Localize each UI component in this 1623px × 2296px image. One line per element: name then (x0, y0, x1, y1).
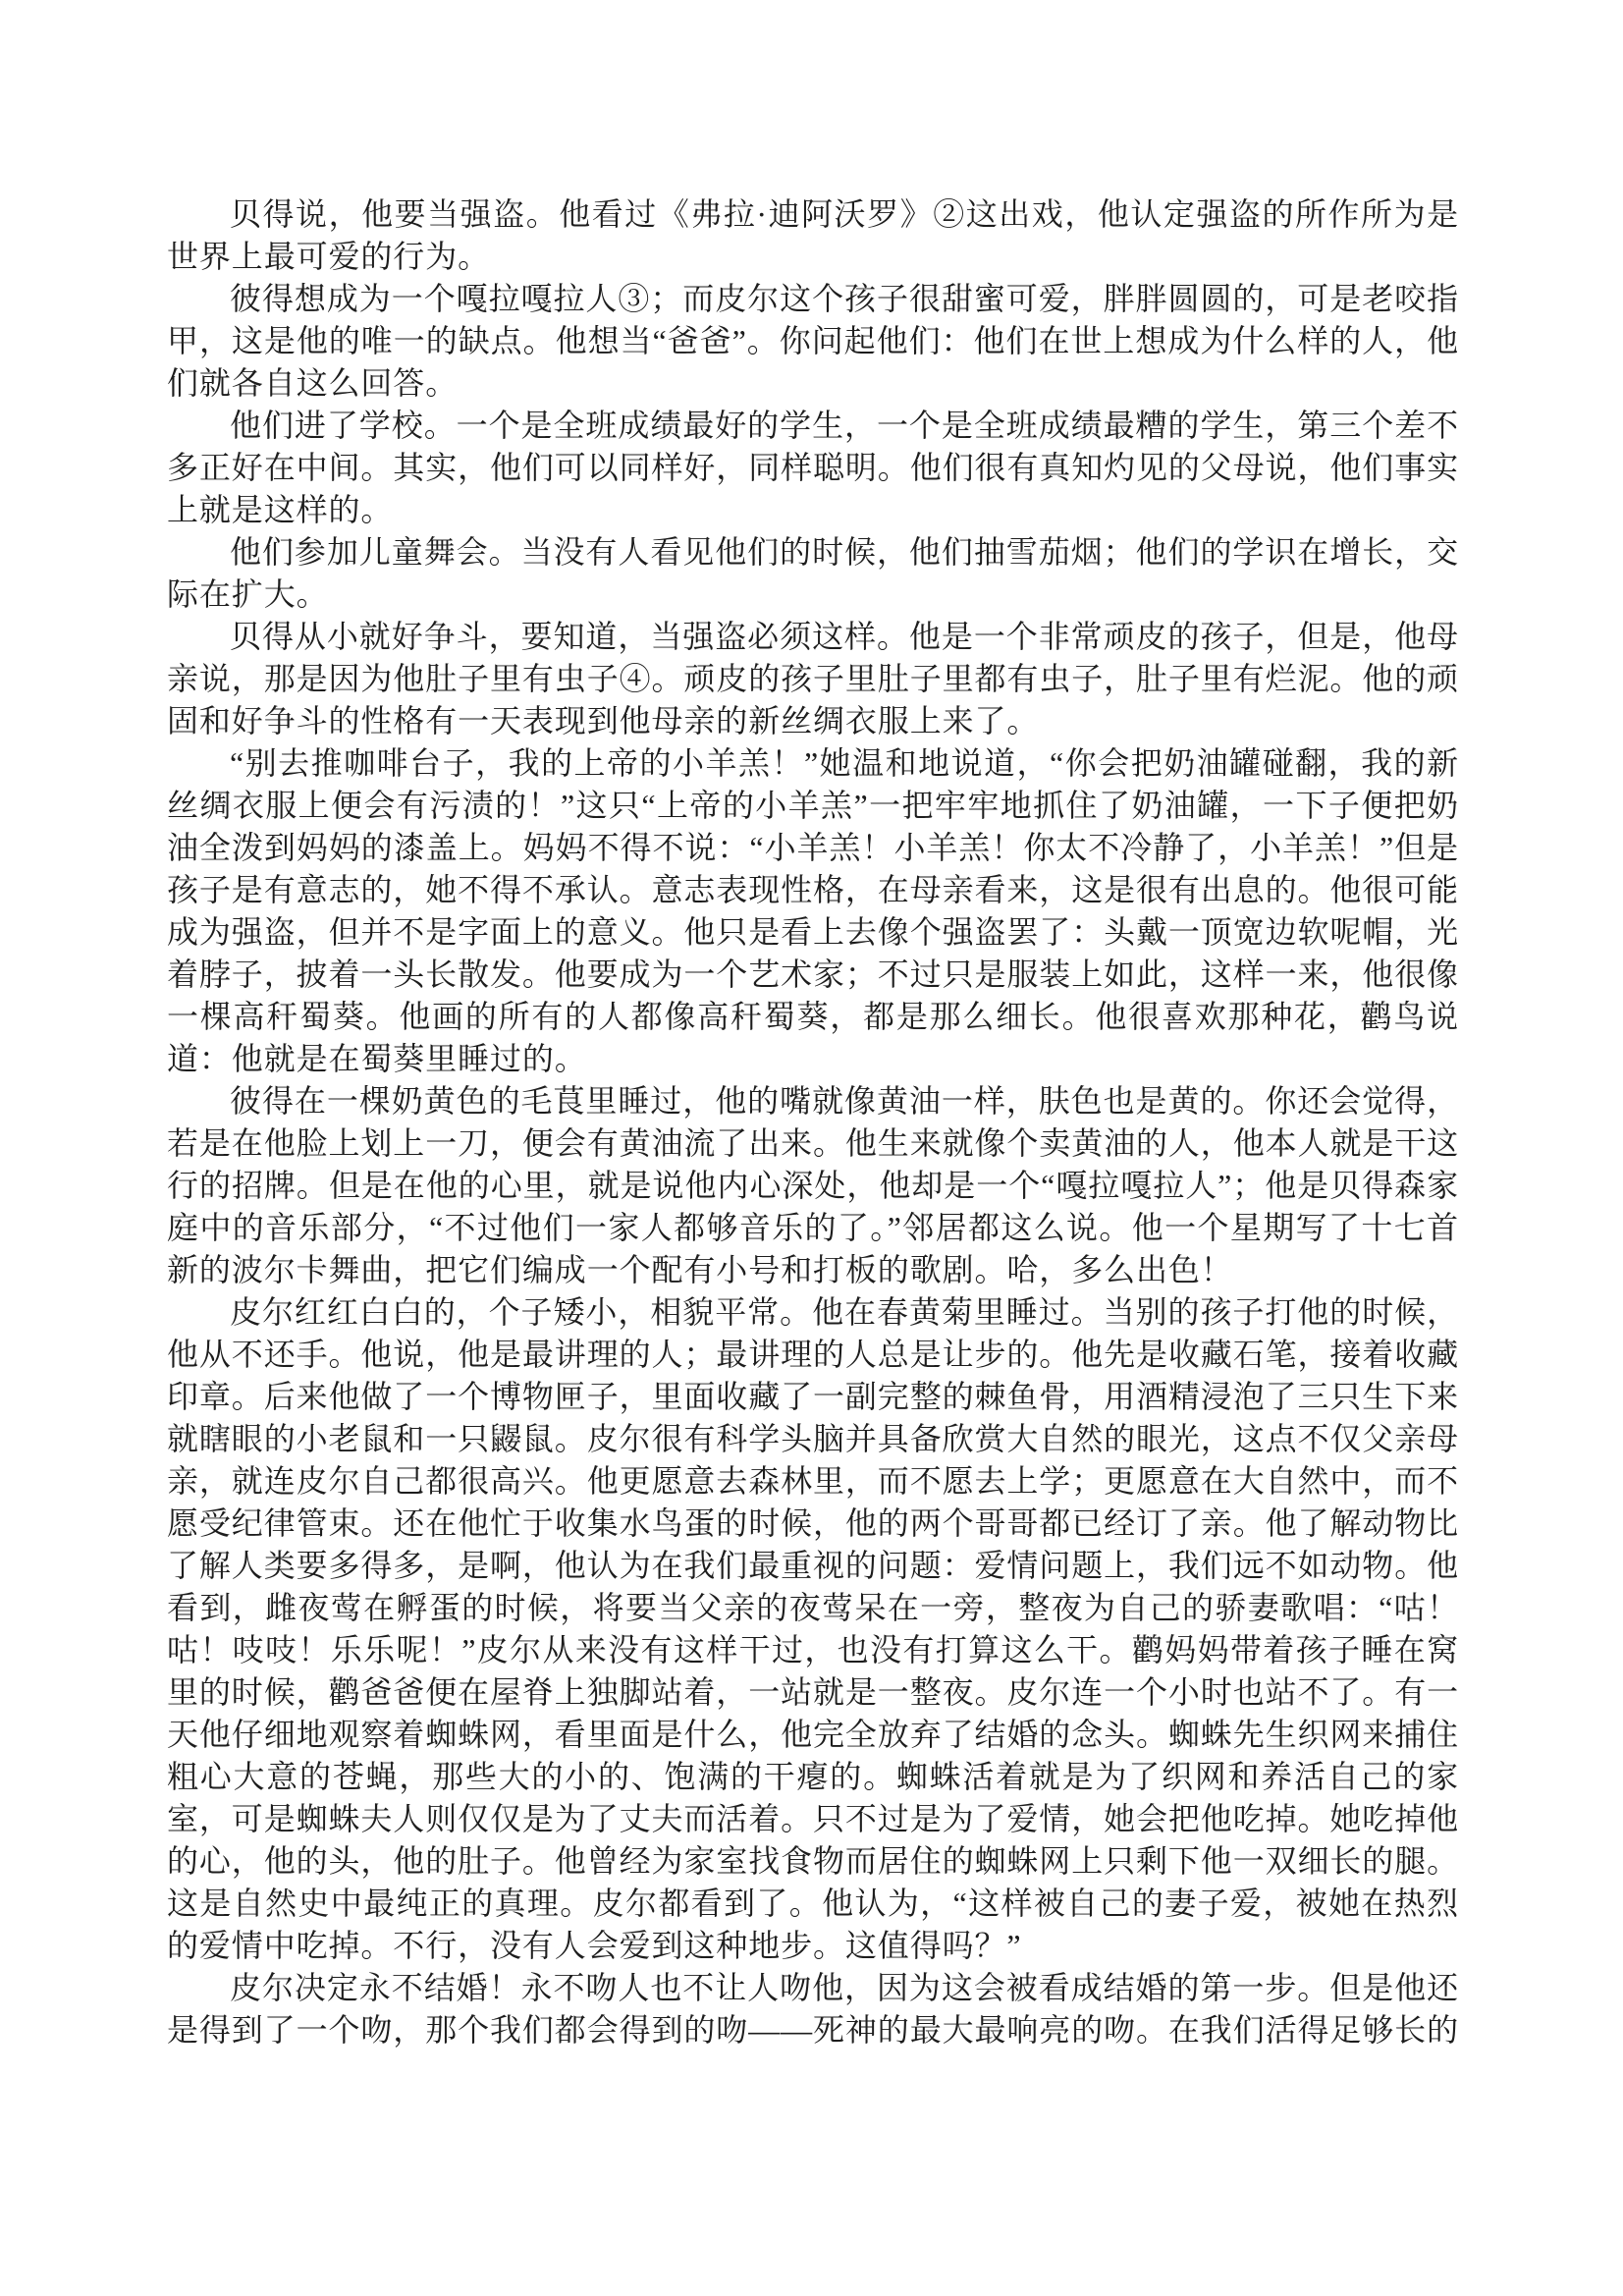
paragraph-5: 贝得从小就好争斗，要知道，当强盗必须这样。他是一个非常顽皮的孩子，但是，他母亲说… (167, 616, 1459, 742)
paragraph-7: 彼得在一棵奶黄色的毛茛里睡过，他的嘴就像黄油一样，肤色也是黄的。你还会觉得，若是… (167, 1080, 1459, 1291)
paragraph-1: 贝得说，他要当强盗。他看过《弗拉·迪阿沃罗》②这出戏，他认定强盗的所作所为是世界… (167, 193, 1459, 278)
paragraph-9: 皮尔决定永不结婚！永不吻人也不让人吻他，因为这会被看成结婚的第一步。但是他还是得… (167, 1967, 1459, 2051)
text-block: 贝得说，他要当强盗。他看过《弗拉·迪阿沃罗》②这出戏，他认定强盗的所作所为是世界… (167, 193, 1459, 2051)
paragraph-4: 他们参加儿童舞会。当没有人看见他们的时候，他们抽雪茄烟；他们的学识在增长，交际在… (167, 531, 1459, 616)
paragraph-6: “别去推咖啡台子，我的上帝的小羊羔！”她温和地说道，“你会把奶油罐碰翻，我的新丝… (167, 742, 1459, 1080)
paragraph-8: 皮尔红红白白的，个子矮小，相貌平常。他在春黄菊里睡过。当别的孩子打他的时候，他从… (167, 1291, 1459, 1967)
document-page: 贝得说，他要当强盗。他看过《弗拉·迪阿沃罗》②这出戏，他认定强盗的所作所为是世界… (0, 0, 1623, 2296)
paragraph-3: 他们进了学校。一个是全班成绩最好的学生，一个是全班成绩最糟的学生，第三个差不多正… (167, 405, 1459, 531)
paragraph-2: 彼得想成为一个嘎拉嘎拉人③；而皮尔这个孩子很甜蜜可爱，胖胖圆圆的，可是老咬指甲，… (167, 278, 1459, 405)
